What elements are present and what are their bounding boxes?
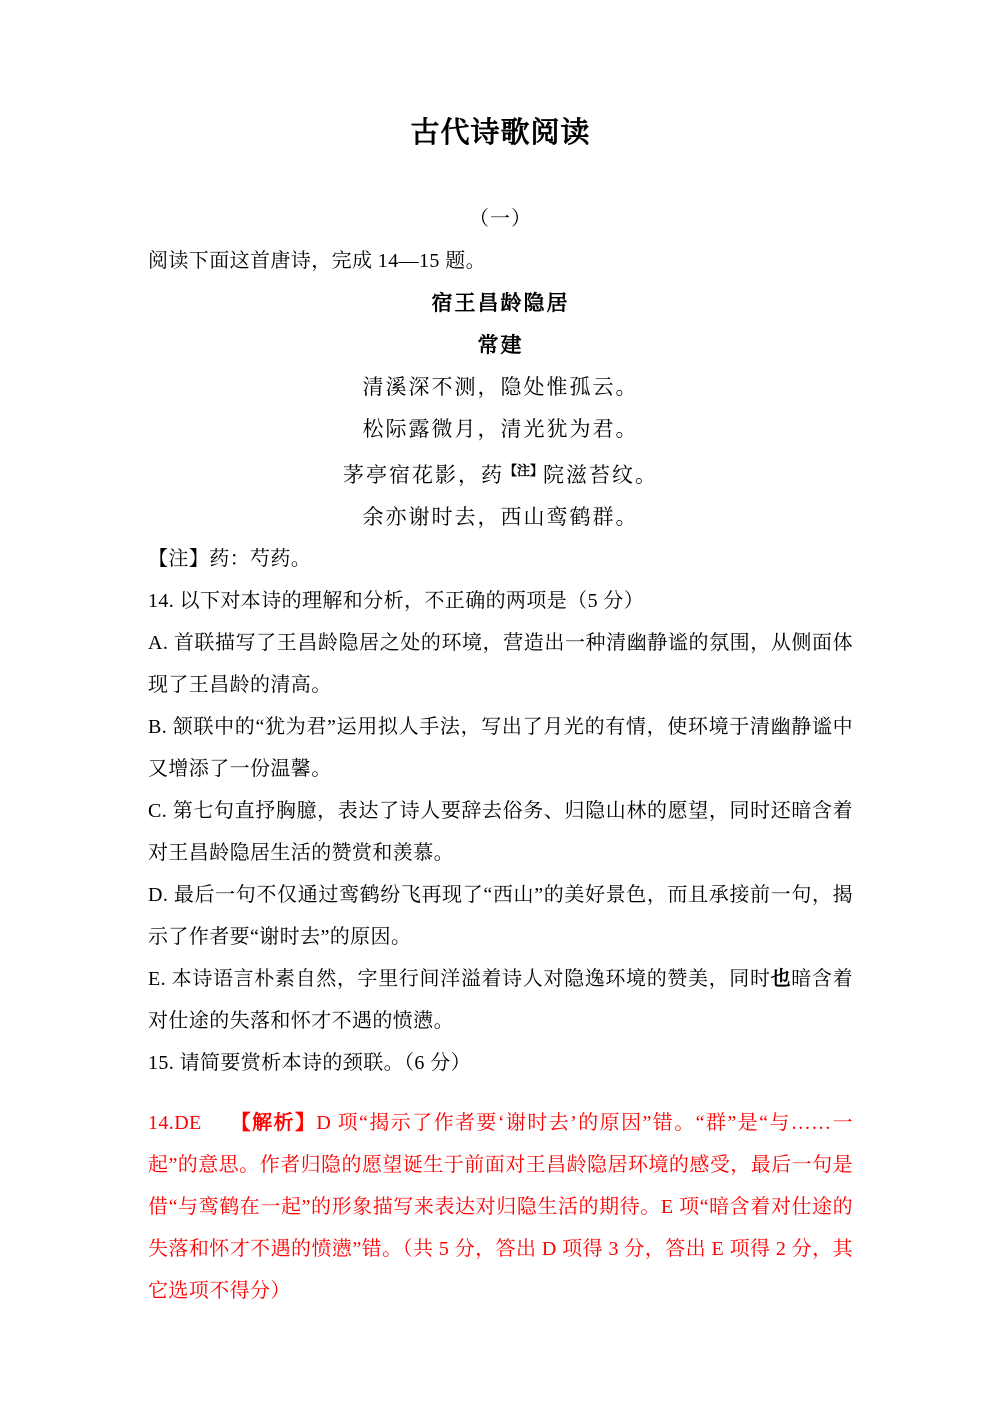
question-14-option-c: C. 第七句直抒胸臆，表达了诗人要辞去俗务、归隐山林的愿望，同时还暗含着对王昌龄… [148,790,853,874]
answer-analysis: 14.DE【解析】D 项“揭示了作者要‘谢时去’的原因”错。“群”是“与……一起… [148,1102,853,1312]
poem-line-2: 松际露微月，清光犹为君。 [148,408,853,450]
question-14-option-a: A. 首联描写了王昌龄隐居之处的环境，营造出一种清幽静谧的氛围，从侧面体现了王昌… [148,622,853,706]
poem: 宿王昌龄隐居 常建 清溪深不测，隐处惟孤云。 松际露微月，清光犹为君。 茅亭宿花… [148,282,853,538]
option-e-text: E. 本诗语言朴素自然，字里行间洋溢着诗人对隐逸环境的赞美，同时 [148,968,771,990]
poem-line-3: 茅亭宿花影，药【注】院滋苔纹。 [148,450,853,496]
footnote: 【注】药：芍药。 [148,538,853,580]
answer-label: 14.DE [148,1112,202,1134]
poem-line-3-text-after: 院滋苔纹。 [543,463,658,487]
analysis-tag: 【解析】 [230,1112,317,1134]
question-15-stem: 15. 请简要赏析本诗的颈联。（6 分） [148,1042,853,1084]
intro-text: 阅读下面这首唐诗，完成 14—15 题。 [148,240,853,282]
poem-line-3-text: 茅亭宿花影，药 [343,463,504,487]
poem-author: 常建 [148,324,853,366]
document-title: 古代诗歌阅读 [148,110,853,156]
document-page: 古代诗歌阅读 （一） 阅读下面这首唐诗，完成 14—15 题。 宿王昌龄隐居 常… [0,0,993,1404]
option-e-emphasis: 也 [771,968,792,990]
analysis-text: D 项“揭示了作者要‘谢时去’的原因”错。“群”是“与……一起”的意思。作者归隐… [148,1112,853,1302]
poem-line-1: 清溪深不测，隐处惟孤云。 [148,366,853,408]
question-14-stem: 14. 以下对本诗的理解和分析，不正确的两项是（5 分） [148,580,853,622]
question-14-option-d: D. 最后一句不仅通过鸾鹤纷飞再现了“西山”的美好景色，而且承接前一句，揭示了作… [148,874,853,958]
poem-title: 宿王昌龄隐居 [148,282,853,324]
section-label: （一） [148,198,853,240]
question-14-option-e: E. 本诗语言朴素自然，字里行间洋溢着诗人对隐逸环境的赞美，同时也暗含着对仕途的… [148,958,853,1042]
question-14-option-b: B. 颔联中的“犹为君”运用拟人手法，写出了月光的有情，使环境于清幽静谧中又增添… [148,706,853,790]
note-superscript: 【注】 [504,463,543,478]
poem-line-4: 余亦谢时去，西山鸾鹤群。 [148,496,853,538]
